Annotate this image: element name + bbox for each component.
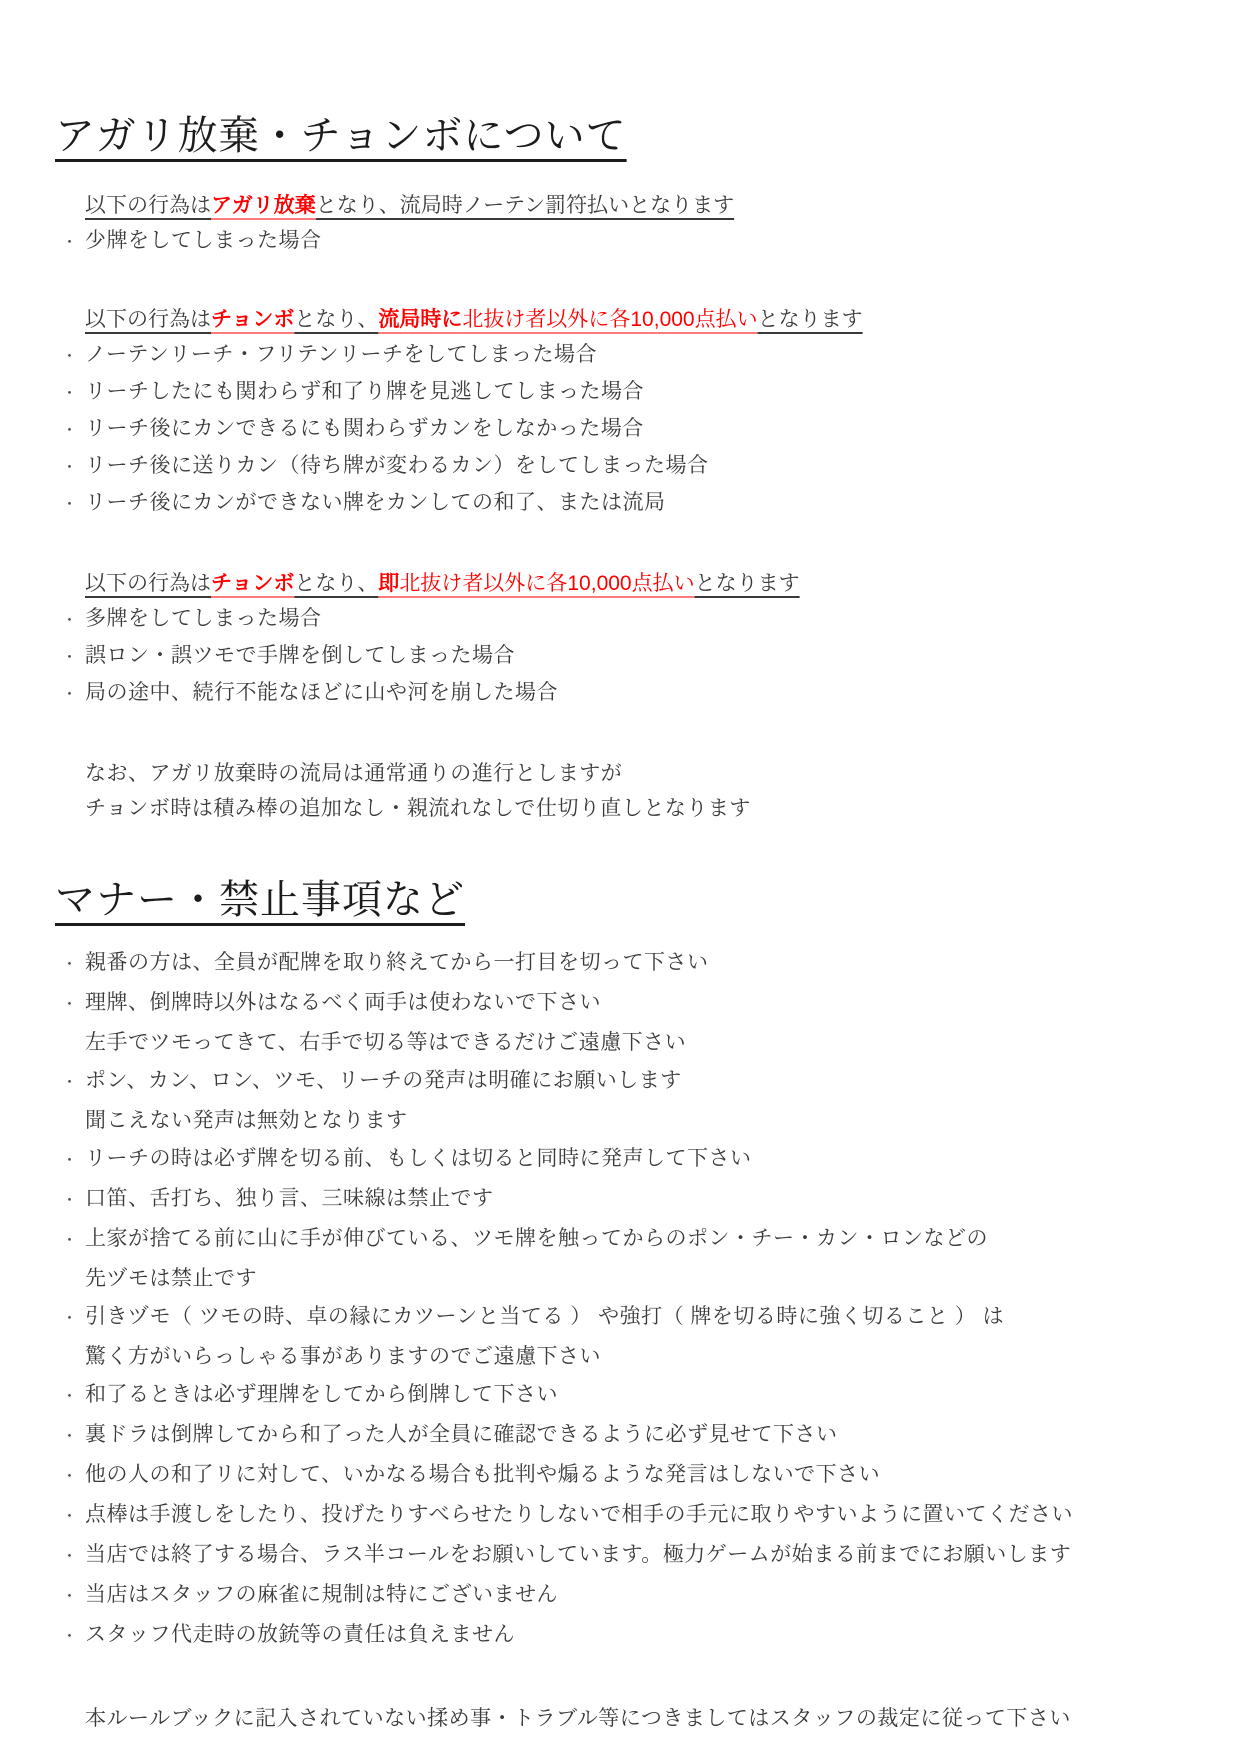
- bullet-item: ・他の人の和了リに対して、いかなる場合も批判や煽るような発言はしないで下さい: [55, 1456, 1201, 1496]
- line-text: 先ヅモは禁止です: [85, 1260, 257, 1298]
- bullet-dot: ・: [62, 1182, 85, 1220]
- text-line: 驚く方がいらっしゃる事がありますのでご遠慮下さい: [55, 1338, 1201, 1376]
- bullet-item: ・当店では終了する場合、ラス半コールをお願いしています。極力ゲームが始まる前まで…: [55, 1536, 1201, 1576]
- rule-condition-header-chombo-ryukyoku: 以下の行為はチョンボとなり、流局時に北抜け者以外に各10,000点払いとなります: [85, 302, 1201, 337]
- bullet-item: ・ノーテンリーチ・フリテンリーチをしてしまった場合: [55, 337, 1201, 374]
- page-title-agari-chombo: アガリ放棄・チョンボについて: [55, 112, 1201, 160]
- bullet-item: ・親番の方は、全員が配牌を取り終えてから一打目を切って下さい: [55, 944, 1201, 984]
- bullet-dot: ・: [62, 225, 85, 260]
- line-text: なお、アガリ放棄時の流局は通常通りの進行としますが: [85, 756, 622, 791]
- line-text: 親番の方は、全員が配牌を取り終えてから一打目を切って下さい: [85, 944, 709, 982]
- line-text: 当店はスタッフの麻雀に規制は特にございません: [85, 1576, 558, 1614]
- bullet-dot: ・: [62, 640, 85, 675]
- bullet-dot: ・: [62, 1538, 85, 1576]
- header-text-run: 以下の行為は: [85, 194, 211, 217]
- header-text-run: となり、流局時ノーテン罰符払いとなります: [316, 194, 734, 217]
- text-line: 本ルールブックに記入されていない揉め事・トラブル等につきましてはスタッフの裁定に…: [55, 1700, 1201, 1738]
- bullet-item: ・引きヅモ（ ツモの時、卓の縁にカツーンと当てる ） や強打（ 牌を切る時に強く…: [55, 1298, 1201, 1338]
- bullet-dot: ・: [62, 603, 85, 638]
- bullet-dot: ・: [62, 1578, 85, 1616]
- manner-list: ・親番の方は、全員が配牌を取り終えてから一打目を切って下さい・理牌、倒牌時以外は…: [55, 944, 1201, 1656]
- footer-paragraph: 本ルールブックに記入されていない揉め事・トラブル等につきましてはスタッフの裁定に…: [55, 1700, 1201, 1738]
- header-highlight-run: アガリ放棄: [211, 194, 316, 217]
- line-text: リーチしたにも関わらず和了り牌を見逃してしまった場合: [85, 374, 644, 409]
- rule-condition-header-agari: 以下の行為はアガリ放棄となり、流局時ノーテン罰符払いとなります: [85, 188, 1201, 223]
- line-text: 他の人の和了リに対して、いかなる場合も批判や煽るような発言はしないで下さい: [85, 1456, 880, 1494]
- bullet-item: ・点棒は手渡しをしたり、投げたりすべらせたりしないで相手の手元に取りやすいように…: [55, 1496, 1201, 1536]
- header-text-run: 以下の行為は: [85, 572, 211, 595]
- bullet-dot: ・: [62, 413, 85, 448]
- line-text: リーチの時は必ず牌を切る前、もしくは切ると同時に発声して下さい: [85, 1140, 752, 1178]
- line-text: ポン、カン、ロン、ツモ、リーチの発声は明確にお願いします: [85, 1062, 682, 1100]
- header-highlight-run: 即: [378, 572, 399, 595]
- line-text: 多牌をしてしまった場合: [85, 601, 322, 636]
- bullet-dot: ・: [62, 450, 85, 485]
- line-text: 当店では終了する場合、ラス半コールをお願いしています。極力ゲームが始まる前までに…: [85, 1536, 1071, 1574]
- bullet-dot: ・: [62, 1222, 85, 1260]
- header-highlight-run: チョンボ: [211, 572, 294, 595]
- line-text: 聞こえない発声は無効となります: [85, 1102, 408, 1140]
- line-text: 少牌をしてしまった場合: [85, 223, 322, 258]
- text-line: 先ヅモは禁止です: [55, 1260, 1201, 1298]
- line-text: 理牌、倒牌時以外はなるべく両手は使わないで下さい: [85, 984, 601, 1022]
- bullet-item: ・少牌をしてしまった場合: [55, 223, 1201, 260]
- text-line: なお、アガリ放棄時の流局は通常通りの進行としますが: [55, 756, 1201, 791]
- line-text: 局の途中、続行不能なほどに山や河を崩した場合: [85, 675, 558, 710]
- line-text: 本ルールブックに記入されていない揉め事・トラブル等につきましてはスタッフの裁定に…: [85, 1700, 1071, 1738]
- header-text-run: となり、: [294, 308, 378, 331]
- bullet-dot: ・: [62, 376, 85, 411]
- header-highlight-run: チョンボ: [211, 308, 294, 331]
- line-text: 和了るときは必ず理牌をしてから倒牌して下さい: [85, 1376, 558, 1414]
- bullet-item: ・リーチ後にカンできるにも関わらずカンをしなかった場合: [55, 411, 1201, 448]
- line-text: 点棒は手渡しをしたり、投げたりすべらせたりしないで相手の手元に取りやすいように置…: [85, 1496, 1073, 1534]
- bullet-dot: ・: [62, 1064, 85, 1102]
- bullet-item: ・リーチしたにも関わらず和了り牌を見逃してしまった場合: [55, 374, 1201, 411]
- bullet-item: ・裏ドラは倒牌してから和了った人が全員に確認できるように必ず見せて下さい: [55, 1416, 1201, 1456]
- bullet-item: ・リーチ後にカンができない牌をカンしての和了、または流局: [55, 485, 1201, 522]
- bullet-dot: ・: [62, 1618, 85, 1656]
- bullet-item: ・スタッフ代走時の放銃等の責任は負えません: [55, 1616, 1201, 1656]
- header-text-run: 以下の行為は: [85, 308, 211, 331]
- section-agari-houki: 以下の行為はアガリ放棄となり、流局時ノーテン罰符払いとなります ・少牌をしてしま…: [55, 188, 1201, 260]
- bullet-item: ・リーチ後に送りカン（待ち牌が変わるカン）をしてしまった場合: [55, 448, 1201, 485]
- bullet-dot: ・: [62, 1458, 85, 1496]
- header-highlight-run: 北抜け者以外に各10,000点払い: [462, 308, 757, 331]
- line-text: ノーテンリーチ・フリテンリーチをしてしまった場合: [85, 337, 597, 372]
- bullet-item: ・理牌、倒牌時以外はなるべく両手は使わないで下さい: [55, 984, 1201, 1024]
- rule-condition-header-chombo-soku: 以下の行為はチョンボとなり、即北抜け者以外に各10,000点払いとなります: [85, 566, 1201, 601]
- bullet-dot: ・: [62, 1378, 85, 1416]
- bullet-item: ・多牌をしてしまった場合: [55, 601, 1201, 638]
- line-text: 口笛、舌打ち、独り言、三味線は禁止です: [85, 1180, 494, 1218]
- bullet-item: ・誤ロン・誤ツモで手牌を倒してしまった場合: [55, 638, 1201, 675]
- text-line: チョンボ時は積み棒の追加なし・親流れなしで仕切り直しとなります: [55, 791, 1201, 826]
- note-paragraph: なお、アガリ放棄時の流局は通常通りの進行としますがチョンボ時は積み棒の追加なし・…: [55, 756, 1201, 826]
- section-chombo-ryukyoku: 以下の行為はチョンボとなり、流局時に北抜け者以外に各10,000点払いとなります…: [55, 302, 1201, 522]
- header-text-run: となります: [758, 308, 863, 331]
- line-text: スタッフ代走時の放銃等の責任は負えません: [85, 1616, 515, 1654]
- bullet-item: ・ポン、カン、ロン、ツモ、リーチの発声は明確にお願いします: [55, 1062, 1201, 1102]
- line-text: 左手でツモってきて、右手で切る等はできるだけご遠慮下さい: [85, 1024, 686, 1062]
- line-text: リーチ後に送りカン（待ち牌が変わるカン）をしてしまった場合: [85, 448, 709, 483]
- line-text: 誤ロン・誤ツモで手牌を倒してしまった場合: [85, 638, 515, 673]
- line-text: チョンボ時は積み棒の追加なし・親流れなしで仕切り直しとなります: [85, 791, 751, 826]
- line-text: 驚く方がいらっしゃる事がありますのでご遠慮下さい: [85, 1338, 601, 1376]
- header-text-run: となります: [695, 572, 800, 595]
- bullet-dot: ・: [62, 1300, 85, 1338]
- page-title-text: アガリ放棄・チョンボについて: [55, 114, 627, 158]
- bullet-dot: ・: [62, 1142, 85, 1180]
- bullet-item: ・口笛、舌打ち、独り言、三味線は禁止です: [55, 1180, 1201, 1220]
- text-line: 左手でツモってきて、右手で切る等はできるだけご遠慮下さい: [55, 1024, 1201, 1062]
- bullet-item: ・当店はスタッフの麻雀に規制は特にございません: [55, 1576, 1201, 1616]
- bullet-dot: ・: [62, 1418, 85, 1456]
- bullet-dot: ・: [62, 1498, 85, 1536]
- header-highlight-run: 北抜け者以外に各10,000点払い: [399, 572, 694, 595]
- page-title-manner-text: マナー・禁止事項など: [55, 878, 465, 922]
- line-text: リーチ後にカンできるにも関わらずカンをしなかった場合: [85, 411, 644, 446]
- bullet-item: ・和了るときは必ず理牌をしてから倒牌して下さい: [55, 1376, 1201, 1416]
- line-text: 上家が捨てる前に山に手が伸びている、ツモ牌を触ってからのポン・チー・カン・ロンな…: [85, 1220, 988, 1258]
- line-text: リーチ後にカンができない牌をカンしての和了、または流局: [85, 485, 666, 520]
- bullet-item: ・上家が捨てる前に山に手が伸びている、ツモ牌を触ってからのポン・チー・カン・ロン…: [55, 1220, 1201, 1260]
- header-highlight-run: 流局時に: [378, 308, 462, 331]
- bullet-dot: ・: [62, 487, 85, 522]
- line-text: 裏ドラは倒牌してから和了った人が全員に確認できるように必ず見せて下さい: [85, 1416, 838, 1454]
- line-text: 引きヅモ（ ツモの時、卓の縁にカツーンと当てる ） や強打（ 牌を切る時に強く切…: [85, 1298, 1004, 1336]
- rule-list-chombo-ryukyoku: ・ノーテンリーチ・フリテンリーチをしてしまった場合・リーチしたにも関わらず和了り…: [55, 337, 1201, 522]
- rulebook-page: アガリ放棄・チョンボについて 以下の行為はアガリ放棄となり、流局時ノーテン罰符払…: [0, 0, 1241, 1738]
- bullet-dot: ・: [62, 946, 85, 984]
- header-text-run: となり、: [294, 572, 378, 595]
- bullet-item: ・リーチの時は必ず牌を切る前、もしくは切ると同時に発声して下さい: [55, 1140, 1201, 1180]
- rule-list-chombo-soku: ・多牌をしてしまった場合・誤ロン・誤ツモで手牌を倒してしまった場合・局の途中、続…: [55, 601, 1201, 712]
- section-chombo-soku: 以下の行為はチョンボとなり、即北抜け者以外に各10,000点払いとなります ・多…: [55, 566, 1201, 712]
- bullet-dot: ・: [62, 339, 85, 374]
- bullet-item: ・局の途中、続行不能なほどに山や河を崩した場合: [55, 675, 1201, 712]
- rule-list-agari: ・少牌をしてしまった場合: [55, 223, 1201, 260]
- bullet-dot: ・: [62, 677, 85, 712]
- page-title-manner: マナー・禁止事項など: [55, 876, 1201, 924]
- bullet-dot: ・: [62, 986, 85, 1024]
- text-line: 聞こえない発声は無効となります: [55, 1102, 1201, 1140]
